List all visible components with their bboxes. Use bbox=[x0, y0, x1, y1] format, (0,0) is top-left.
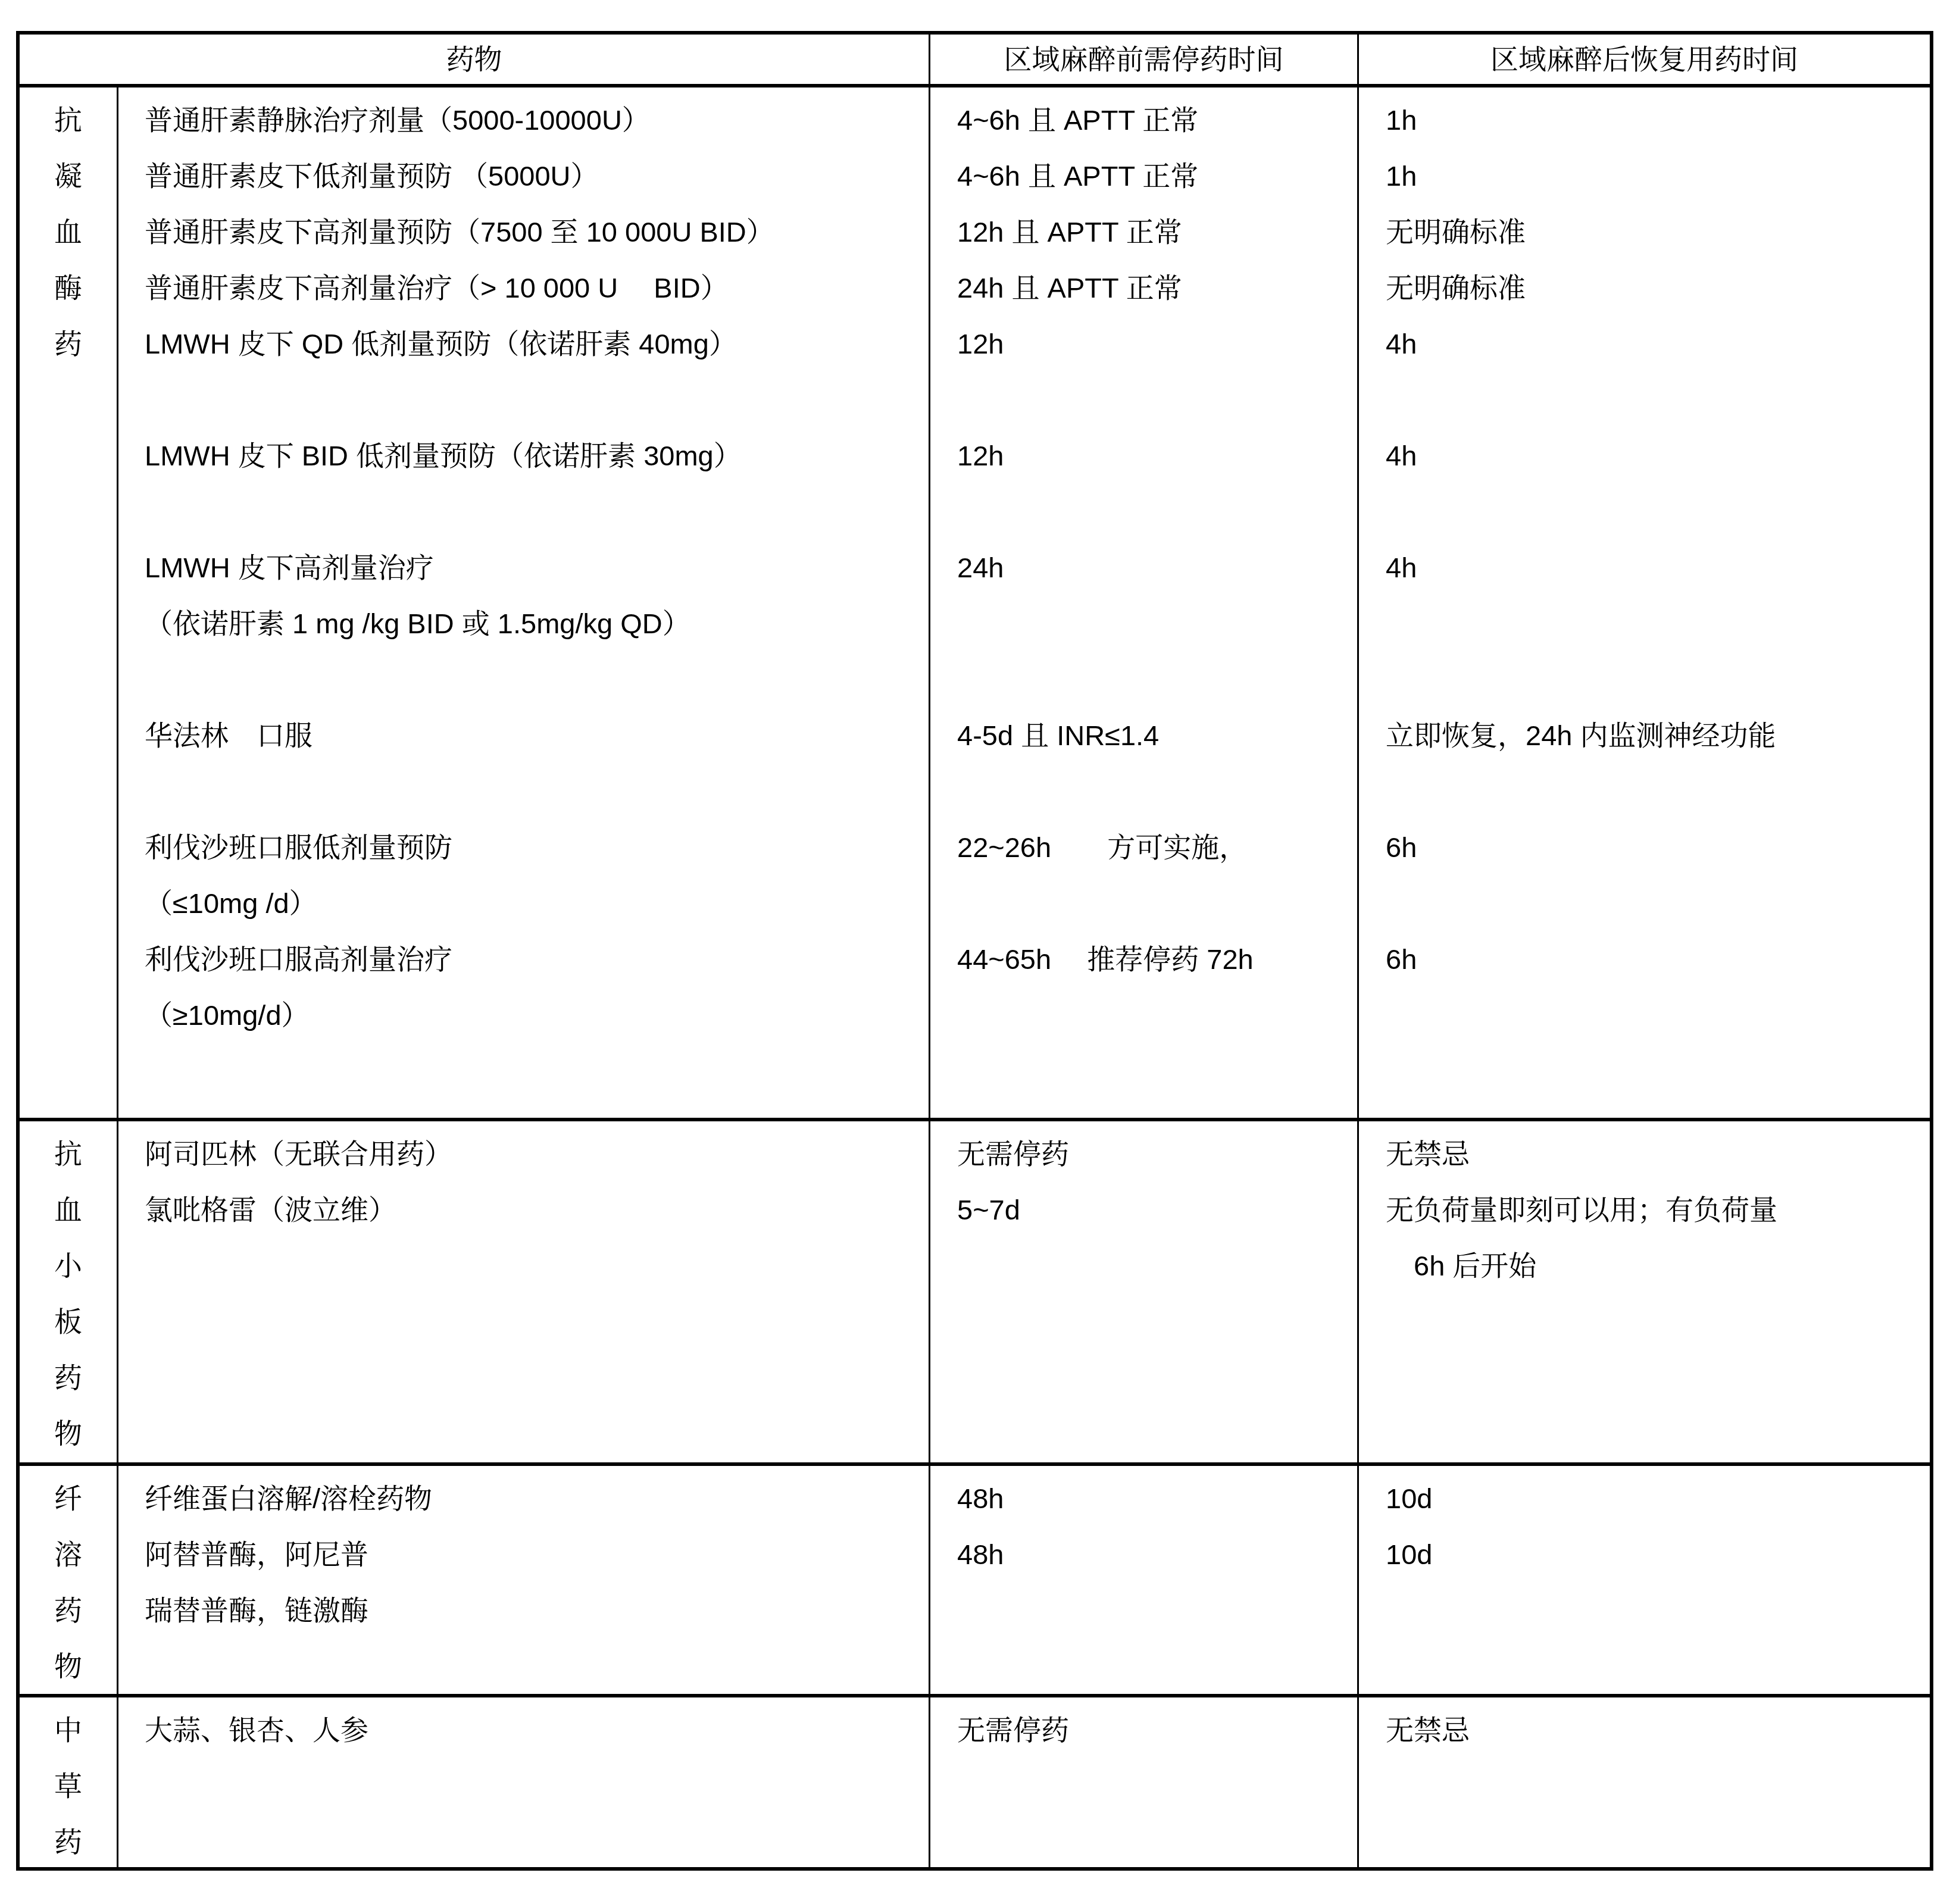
section-herbal: 中 草 药 大蒜、银杏、人参 无需停药 无禁忌 bbox=[20, 1697, 1930, 1867]
category-char: 药 bbox=[20, 1350, 117, 1406]
blank-line bbox=[930, 987, 1357, 1043]
section-anticoagulants: 抗 凝 血 酶 药 普通肝素静脉治疗剂量（5000-10000U） 普通肝素皮下… bbox=[20, 87, 1930, 1121]
stop-time-column: 4~6h 且 APTT 正常 4~6h 且 APTT 正常 12h 且 APTT… bbox=[929, 87, 1357, 1118]
blank-line bbox=[1359, 484, 1930, 540]
stop-line: 12h bbox=[930, 316, 1357, 372]
table-header-row: 药物 区域麻醉前需停药时间 区域麻醉后恢复用药时间 bbox=[20, 35, 1930, 87]
category-char: 药 bbox=[20, 1583, 117, 1639]
blank-line bbox=[930, 372, 1357, 428]
drug-line: 氯吡格雷（波立维） bbox=[118, 1182, 929, 1238]
medication-anesthesia-table: 药物 区域麻醉前需停药时间 区域麻醉后恢复用药时间 抗 凝 血 酶 药 普通肝素… bbox=[16, 31, 1933, 1871]
drug-line: LMWH 皮下 BID 低剂量预防（依诺肝素 30mg） bbox=[118, 428, 929, 484]
blank-line bbox=[930, 764, 1357, 820]
drug-line: 阿司匹林（无联合用药） bbox=[118, 1126, 929, 1182]
drug-line: 大蒜、银杏、人参 bbox=[118, 1702, 929, 1758]
drug-column: 纤维蛋白溶解/溶栓药物 阿替普酶，阿尼普 瑞替普酶，链激酶 bbox=[117, 1466, 929, 1694]
resume-time-column: 1h 1h 无明确标准 无明确标准 4h 4h 4h 立即恢复，24h 内监测神… bbox=[1357, 87, 1930, 1118]
resume-line: 无负荷量即刻可以用；有负荷量 bbox=[1359, 1182, 1930, 1238]
category-char: 物 bbox=[20, 1639, 117, 1694]
blank-line bbox=[930, 652, 1357, 708]
category-char: 中 bbox=[20, 1702, 117, 1758]
category-char: 凝 bbox=[20, 148, 117, 204]
resume-line: 6h bbox=[1359, 931, 1930, 987]
resume-line: 10d bbox=[1359, 1527, 1930, 1583]
category-char: 血 bbox=[20, 1182, 117, 1238]
resume-line: 无明确标准 bbox=[1359, 260, 1930, 316]
drug-line: 普通肝素静脉治疗剂量（5000-10000U） bbox=[118, 92, 929, 148]
stop-line: 无需停药 bbox=[930, 1702, 1357, 1758]
resume-time-column: 无禁忌 无负荷量即刻可以用；有负荷量 6h 后开始 bbox=[1357, 1121, 1930, 1462]
blank-line bbox=[1359, 764, 1930, 820]
drug-line: 普通肝素皮下高剂量治疗（> 10 000 U BID） bbox=[118, 260, 929, 316]
stop-line: 24h bbox=[930, 540, 1357, 596]
stop-line: 5~7d bbox=[930, 1182, 1357, 1238]
stop-line: 22~26h 方可实施， bbox=[930, 820, 1357, 876]
drug-line: 普通肝素皮下高剂量预防（7500 至 10 000U BID） bbox=[118, 204, 929, 260]
drug-column: 普通肝素静脉治疗剂量（5000-10000U） 普通肝素皮下低剂量预防 （500… bbox=[117, 87, 929, 1118]
resume-line: 无禁忌 bbox=[1359, 1702, 1930, 1758]
drug-line: LMWH 皮下高剂量治疗 bbox=[118, 540, 929, 596]
stop-line: 48h bbox=[930, 1471, 1357, 1527]
drug-line: 阿替普酶，阿尼普 bbox=[118, 1527, 929, 1583]
stop-line: 无需停药 bbox=[930, 1126, 1357, 1182]
blank-line bbox=[1359, 596, 1930, 652]
blank-line bbox=[930, 596, 1357, 652]
header-resume-time: 区域麻醉后恢复用药时间 bbox=[1357, 35, 1930, 84]
drug-column: 阿司匹林（无联合用药） 氯吡格雷（波立维） bbox=[117, 1121, 929, 1462]
header-drug: 药物 bbox=[20, 35, 929, 84]
stop-line: 44~65h 推荐停药 72h bbox=[930, 931, 1357, 987]
drug-line: 瑞替普酶，链激酶 bbox=[118, 1583, 929, 1639]
resume-line: 10d bbox=[1359, 1471, 1930, 1527]
document-page: 药物 区域麻醉前需停药时间 区域麻醉后恢复用药时间 抗 凝 血 酶 药 普通肝素… bbox=[0, 0, 1950, 1904]
category-char: 抗 bbox=[20, 1126, 117, 1182]
resume-line: 1h bbox=[1359, 92, 1930, 148]
stop-time-column: 无需停药 bbox=[929, 1697, 1357, 1867]
resume-line: 无明确标准 bbox=[1359, 204, 1930, 260]
category-char: 酶 bbox=[20, 260, 117, 316]
resume-line: 立即恢复，24h 内监测神经功能 bbox=[1359, 708, 1930, 764]
section-antiplatelet: 抗 血 小 板 药 物 阿司匹林（无联合用药） 氯吡格雷（波立维） 无需停药 5… bbox=[20, 1121, 1930, 1466]
blank-line bbox=[1359, 372, 1930, 428]
category-char: 药 bbox=[20, 1814, 117, 1867]
resume-line: 4h bbox=[1359, 316, 1930, 372]
blank-line bbox=[1359, 876, 1930, 931]
stop-line: 12h 且 APTT 正常 bbox=[930, 204, 1357, 260]
stop-line: 48h bbox=[930, 1527, 1357, 1583]
category-char: 草 bbox=[20, 1758, 117, 1814]
category-char: 血 bbox=[20, 204, 117, 260]
category-column: 抗 凝 血 酶 药 bbox=[20, 87, 117, 1118]
resume-time-column: 无禁忌 bbox=[1357, 1697, 1930, 1867]
category-char: 纤 bbox=[20, 1471, 117, 1527]
drug-line: 华法林 口服 bbox=[118, 708, 929, 764]
header-stop-time: 区域麻醉前需停药时间 bbox=[929, 35, 1357, 84]
category-column: 抗 血 小 板 药 物 bbox=[20, 1121, 117, 1462]
section-fibrinolytics: 纤 溶 药 物 纤维蛋白溶解/溶栓药物 阿替普酶，阿尼普 瑞替普酶，链激酶 48… bbox=[20, 1466, 1930, 1697]
stop-time-column: 48h 48h bbox=[929, 1466, 1357, 1694]
stop-line: 24h 且 APTT 正常 bbox=[930, 260, 1357, 316]
category-char: 药 bbox=[20, 316, 117, 372]
drug-line: 利伐沙班口服低剂量预防 bbox=[118, 820, 929, 876]
drug-column: 大蒜、银杏、人参 bbox=[117, 1697, 929, 1867]
category-char: 板 bbox=[20, 1294, 117, 1350]
blank-line bbox=[1359, 987, 1930, 1043]
drug-line: 纤维蛋白溶解/溶栓药物 bbox=[118, 1471, 929, 1527]
resume-line: 6h 后开始 bbox=[1359, 1238, 1930, 1294]
drug-line: （≤10mg /d） bbox=[118, 876, 929, 931]
stop-line: 4~6h 且 APTT 正常 bbox=[930, 148, 1357, 204]
blank-line bbox=[118, 372, 929, 428]
resume-line: 4h bbox=[1359, 540, 1930, 596]
resume-line: 无禁忌 bbox=[1359, 1126, 1930, 1182]
stop-time-column: 无需停药 5~7d bbox=[929, 1121, 1357, 1462]
category-char: 物 bbox=[20, 1406, 117, 1462]
drug-line: LMWH 皮下 QD 低剂量预防（依诺肝素 40mg） bbox=[118, 316, 929, 372]
blank-line bbox=[930, 484, 1357, 540]
category-char: 抗 bbox=[20, 92, 117, 148]
blank-line bbox=[1359, 652, 1930, 708]
category-column: 中 草 药 bbox=[20, 1697, 117, 1867]
category-char: 溶 bbox=[20, 1527, 117, 1583]
resume-time-column: 10d 10d bbox=[1357, 1466, 1930, 1694]
drug-line: （依诺肝素 1 mg /kg BID 或 1.5mg/kg QD） bbox=[118, 596, 929, 652]
drug-line: 利伐沙班口服高剂量治疗 bbox=[118, 931, 929, 987]
resume-line: 1h bbox=[1359, 148, 1930, 204]
blank-line bbox=[118, 484, 929, 540]
drug-line: （≥10mg/d） bbox=[118, 987, 929, 1043]
drug-line: 普通肝素皮下低剂量预防 （5000U） bbox=[118, 148, 929, 204]
blank-line bbox=[118, 764, 929, 820]
stop-line: 4-5d 且 INR≤1.4 bbox=[930, 708, 1357, 764]
resume-line: 4h bbox=[1359, 428, 1930, 484]
category-column: 纤 溶 药 物 bbox=[20, 1466, 117, 1694]
blank-line bbox=[930, 876, 1357, 931]
blank-line bbox=[118, 652, 929, 708]
resume-line: 6h bbox=[1359, 820, 1930, 876]
stop-line: 12h bbox=[930, 428, 1357, 484]
stop-line: 4~6h 且 APTT 正常 bbox=[930, 92, 1357, 148]
category-char: 小 bbox=[20, 1238, 117, 1294]
